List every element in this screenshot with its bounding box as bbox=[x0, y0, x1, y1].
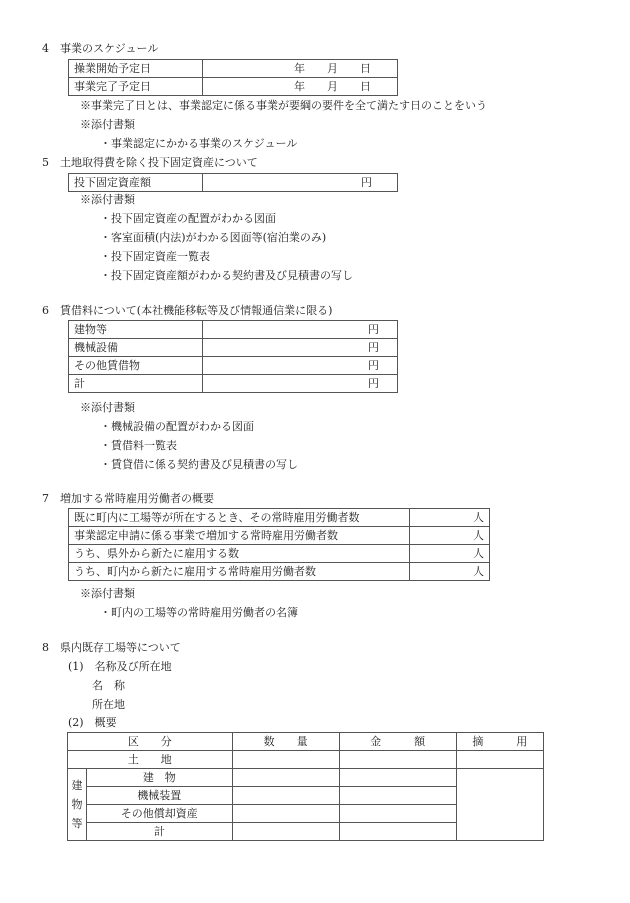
row-label: 事業認定申請に係る事業で増加する常時雇用労働者数 bbox=[69, 527, 410, 545]
total-rent-field[interactable]: 円 bbox=[203, 375, 398, 393]
section-6-title: 6 賃借料について(本社機能移転等及び情報通信業に限る) bbox=[42, 304, 332, 318]
buildings-amount-field[interactable] bbox=[339, 769, 456, 787]
table-row: 土 地 bbox=[68, 751, 544, 769]
attachment-item: ・投下固定資産一覧表 bbox=[100, 250, 210, 264]
row-label: 事業完了予定日 bbox=[69, 78, 203, 96]
address-label: 所在地 bbox=[92, 698, 125, 712]
row-label: 建物等 bbox=[69, 321, 203, 339]
completion-date-field[interactable]: 年 月 日 bbox=[203, 78, 398, 96]
machinery-amount-field[interactable] bbox=[339, 787, 456, 805]
attachments-label: ※添付書類 bbox=[80, 401, 135, 415]
fixed-assets-table: 投下固定資産額 円 bbox=[68, 173, 398, 192]
row-label: 操業開始予定日 bbox=[69, 60, 203, 78]
table-row: 操業開始予定日 年 月 日 bbox=[69, 60, 398, 78]
table-row: うち、県外から新たに雇用する数 人 bbox=[69, 545, 490, 563]
row-label: うち、県外から新たに雇用する数 bbox=[69, 545, 410, 563]
start-date-field[interactable]: 年 月 日 bbox=[203, 60, 398, 78]
buildings-quantity-field[interactable] bbox=[232, 769, 339, 787]
group-label-char: 建 bbox=[71, 776, 83, 795]
section-4-title: 4 事業のスケジュール bbox=[42, 42, 158, 56]
attachment-item: ・機械設備の配置がわかる図面 bbox=[100, 420, 254, 434]
land-quantity-field[interactable] bbox=[232, 751, 339, 769]
total-label: 計 bbox=[87, 823, 233, 841]
group-label-char: 物 bbox=[71, 795, 83, 814]
group-label-char: 等 bbox=[71, 814, 83, 833]
land-amount-field[interactable] bbox=[339, 751, 456, 769]
table-row: 計 円 bbox=[69, 375, 398, 393]
section-5-title: 5 土地取得費を除く投下固定資産について bbox=[42, 156, 258, 170]
table-row: 事業完了予定日 年 月 日 bbox=[69, 78, 398, 96]
completion-note: ※事業完了日とは、事業認定に係る事業が要綱の要件を全て満たす日のことをいう bbox=[80, 99, 487, 113]
row-label: 計 bbox=[69, 375, 203, 393]
employees-table: 既に町内に工場等が所在するとき、その常時雇用労働者数 人 事業認定申請に係る事業… bbox=[68, 508, 490, 581]
attachments-label: ※添付書類 bbox=[80, 118, 135, 132]
attachment-item: ・客室面積(内法)がわかる図面等(宿泊業のみ) bbox=[100, 231, 326, 245]
table-row: 建 物 等 建 物 bbox=[68, 769, 544, 787]
buildings-label: 建 物 bbox=[87, 769, 233, 787]
row-label: その他賃借物 bbox=[69, 357, 203, 375]
rent-table: 建物等 円 機械設備 円 その他賃借物 円 計 円 bbox=[68, 320, 398, 393]
header-remarks: 摘 用 bbox=[456, 733, 543, 751]
existing-employees-field[interactable]: 人 bbox=[410, 509, 490, 527]
fixed-assets-amount-field[interactable]: 円 bbox=[203, 174, 398, 192]
subsection-name-location: (1) 名称及び所在地 bbox=[68, 660, 172, 674]
outside-pref-hires-field[interactable]: 人 bbox=[410, 545, 490, 563]
section-7-title: 7 増加する常時雇用労働者の概要 bbox=[42, 492, 214, 506]
name-label: 名 称 bbox=[92, 679, 125, 693]
header-quantity: 数 量 bbox=[232, 733, 339, 751]
increased-employees-field[interactable]: 人 bbox=[410, 527, 490, 545]
in-town-hires-field[interactable]: 人 bbox=[410, 563, 490, 581]
machinery-label: 機械装置 bbox=[87, 787, 233, 805]
machinery-quantity-field[interactable] bbox=[232, 787, 339, 805]
other-assets-label: その他償却資産 bbox=[87, 805, 233, 823]
header-category: 区 分 bbox=[68, 733, 233, 751]
schedule-table: 操業開始予定日 年 月 日 事業完了予定日 年 月 日 bbox=[68, 59, 398, 96]
table-row: 機械設備 円 bbox=[69, 339, 398, 357]
overview-table: 区 分 数 量 金 額 摘 用 土 地 建 物 等 建 物 機械装置 その他償却… bbox=[67, 732, 544, 841]
land-label: 土 地 bbox=[68, 751, 233, 769]
row-label: 機械設備 bbox=[69, 339, 203, 357]
row-label: 投下固定資産額 bbox=[69, 174, 203, 192]
attachment-item: ・投下固定資産の配置がわかる図面 bbox=[100, 212, 276, 226]
table-row: うち、町内から新たに雇用する常時雇用労働者数 人 bbox=[69, 563, 490, 581]
attachment-item: ・事業認定にかかる事業のスケジュール bbox=[100, 137, 297, 151]
attachment-item: ・投下固定資産額がわかる契約書及び見積書の写し bbox=[100, 269, 353, 283]
row-label: 既に町内に工場等が所在するとき、その常時雇用労働者数 bbox=[69, 509, 410, 527]
header-amount: 金 額 bbox=[339, 733, 456, 751]
buildings-rent-field[interactable]: 円 bbox=[203, 321, 398, 339]
other-assets-amount-field[interactable] bbox=[339, 805, 456, 823]
attachments-label: ※添付書類 bbox=[80, 587, 135, 601]
table-row: 事業認定申請に係る事業で増加する常時雇用労働者数 人 bbox=[69, 527, 490, 545]
attachment-item: ・賃借料一覧表 bbox=[100, 439, 177, 453]
total-amount-field[interactable] bbox=[339, 823, 456, 841]
other-assets-quantity-field[interactable] bbox=[232, 805, 339, 823]
machinery-rent-field[interactable]: 円 bbox=[203, 339, 398, 357]
table-header-row: 区 分 数 量 金 額 摘 用 bbox=[68, 733, 544, 751]
subsection-overview: (2) 概要 bbox=[68, 716, 117, 730]
attachments-label: ※添付書類 bbox=[80, 193, 135, 207]
total-quantity-field[interactable] bbox=[232, 823, 339, 841]
land-remarks-field[interactable] bbox=[456, 751, 543, 769]
row-label: うち、町内から新たに雇用する常時雇用労働者数 bbox=[69, 563, 410, 581]
buildings-group-label: 建 物 等 bbox=[68, 769, 87, 841]
table-row: 既に町内に工場等が所在するとき、その常時雇用労働者数 人 bbox=[69, 509, 490, 527]
section-8-title: 8 県内既存工場等について bbox=[42, 641, 181, 655]
attachment-item: ・賃貸借に係る契約書及び見積書の写し bbox=[100, 458, 298, 472]
table-row: その他賃借物 円 bbox=[69, 357, 398, 375]
attachment-item: ・町内の工場等の常時雇用労働者の名簿 bbox=[100, 606, 298, 620]
table-row: 建物等 円 bbox=[69, 321, 398, 339]
other-rent-field[interactable]: 円 bbox=[203, 357, 398, 375]
table-row: 投下固定資産額 円 bbox=[69, 174, 398, 192]
buildings-remarks-field[interactable] bbox=[456, 769, 543, 841]
